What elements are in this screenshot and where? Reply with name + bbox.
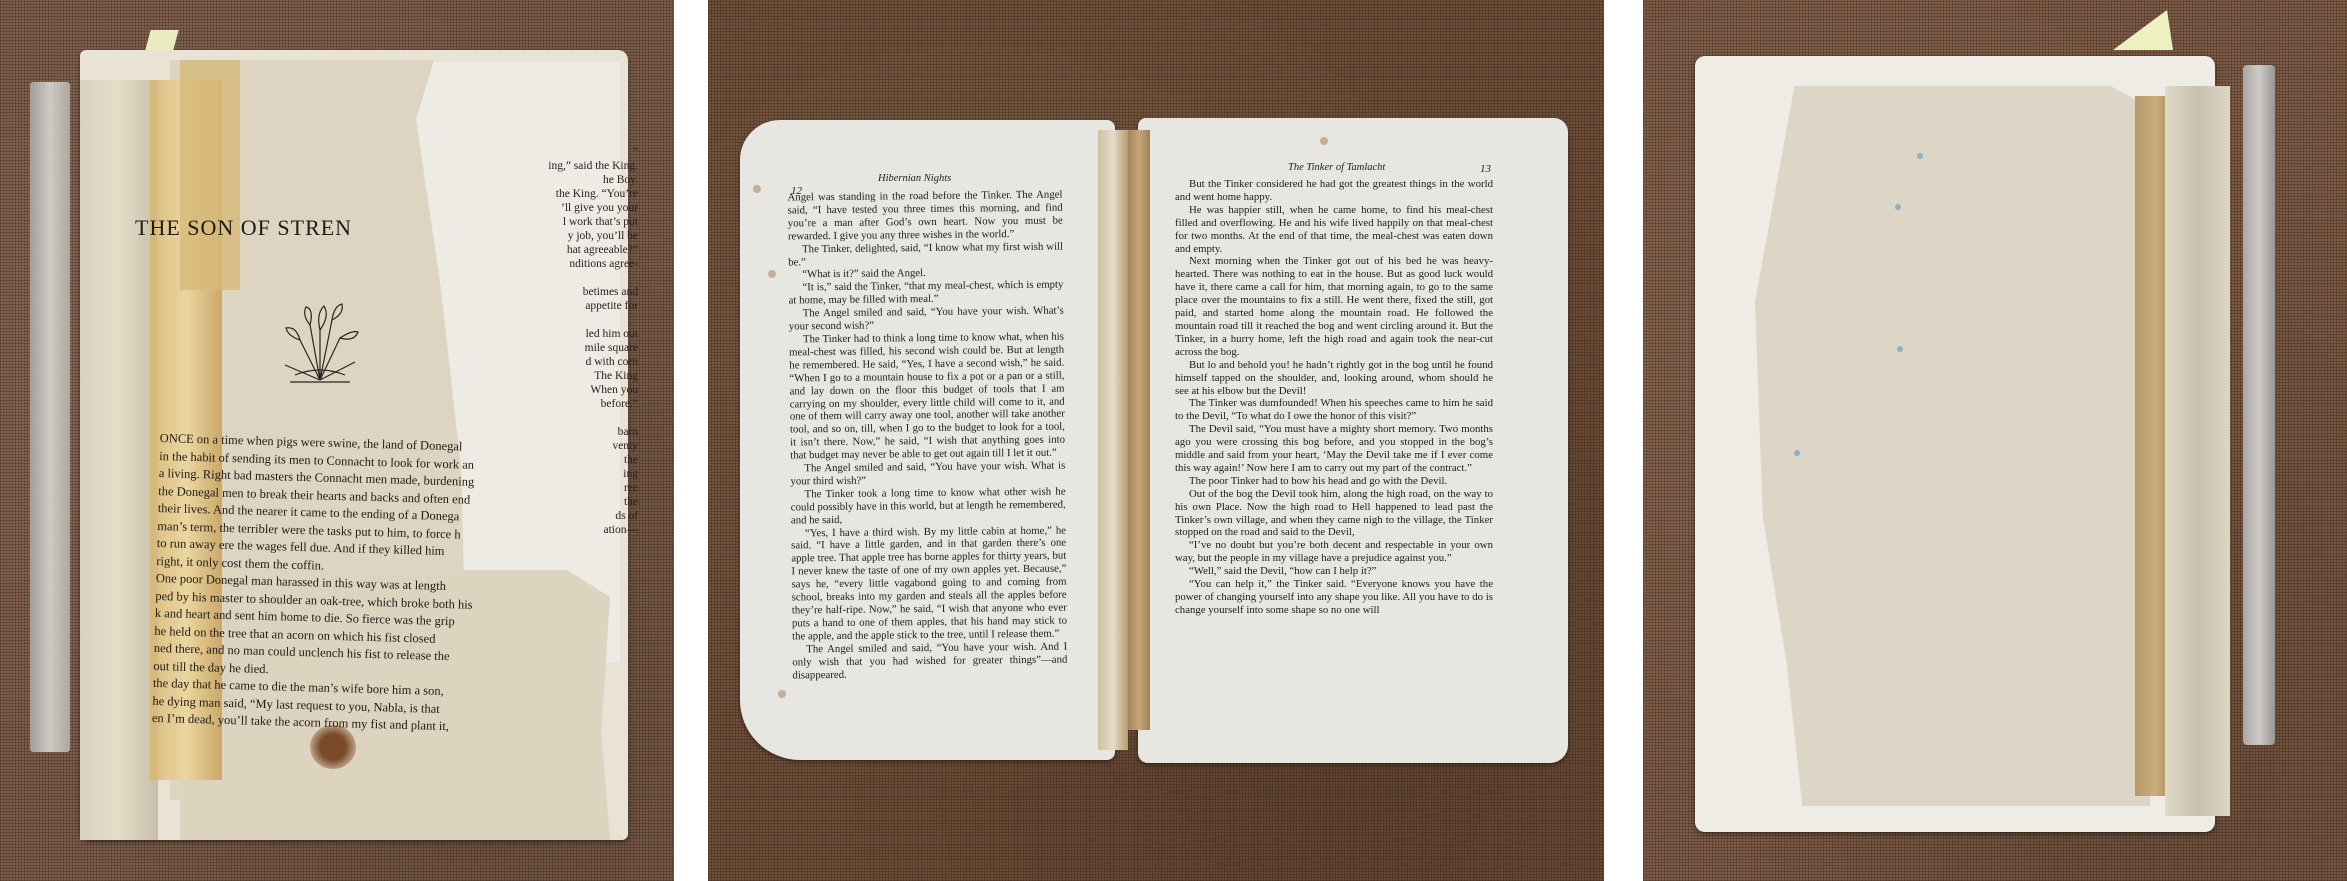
flower-illustration-icon: [270, 270, 370, 390]
left-page-text: Angel was standing in the road before th…: [787, 189, 1067, 682]
blue-spot: [1895, 204, 1901, 210]
chapter-title: THE SON OF STREN: [135, 215, 352, 241]
right-page-text: But the Tinker considered he had got the…: [1175, 178, 1493, 617]
foxing-spot: [1320, 137, 1328, 145]
blue-spot: [1917, 153, 1923, 159]
blue-spot: [1794, 450, 1800, 456]
foxing-spot: [778, 690, 786, 698]
photo-panel-back-cover: Back of book with torn pages and taped s…: [1643, 0, 2347, 881]
taped-gutter-right: [1128, 130, 1150, 730]
title-page-body-text: ONCE on a time when pigs were swine, the…: [152, 430, 505, 737]
running-head-left: Hibernian Nights: [878, 173, 951, 184]
page-number-right: 13: [1480, 163, 1491, 175]
taped-gutter-left: [1098, 130, 1128, 750]
running-head-right: The Tinker of Tamlacht: [1288, 162, 1385, 173]
photo-panel-front-cover: Front of book with torn title page THE S…: [0, 0, 674, 881]
torn-back-pages: [1755, 86, 2150, 806]
foxing-spot: [753, 185, 761, 193]
blue-spot: [1897, 346, 1903, 352]
plastic-cover-edge: [2243, 65, 2275, 745]
paper-flap: [145, 30, 178, 50]
book-back: [1695, 56, 2215, 832]
white-spine-tape: [2165, 86, 2230, 816]
paper-flap: [2113, 10, 2173, 50]
plastic-back-sheet: [30, 82, 70, 752]
book-spine: [80, 80, 158, 840]
foxing-spot: [768, 270, 776, 278]
photo-panel-open-spread: Open book spread Hibernian Nights 12 Ang…: [708, 0, 1604, 881]
yellowed-tape-patch: [180, 60, 240, 290]
